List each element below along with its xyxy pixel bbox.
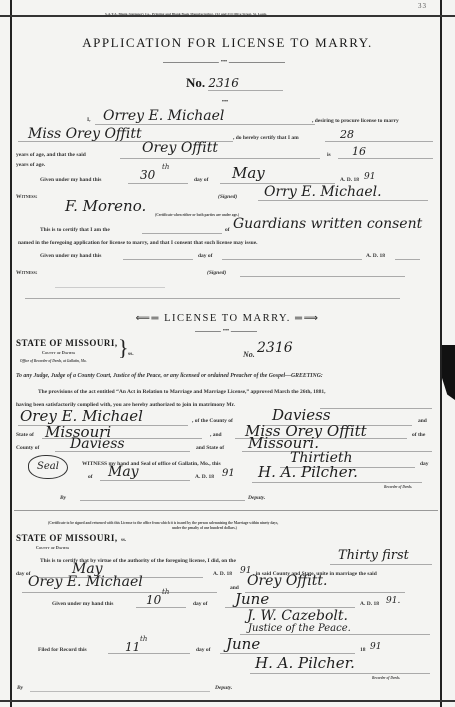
bride-age: 16 — [352, 145, 366, 158]
i-label: I, — [87, 117, 91, 123]
page-border-bottom — [0, 700, 455, 702]
certificate-note: (Certificate when either or both parties… — [155, 213, 239, 217]
consent-of-label: of — [225, 227, 230, 233]
applicant-age: 28 — [340, 128, 354, 141]
desiring-text: , desiring to procure license to marry — [312, 118, 399, 124]
consent-text-2: named in the foregoing application for l… — [18, 240, 258, 246]
field-line — [100, 480, 190, 481]
certify-day: Thirty first — [338, 548, 409, 563]
certificate-given-ad: A. D. 18 — [360, 601, 379, 607]
application-number: No. 2316 — [186, 75, 239, 91]
consent-witness-label: Witness: — [16, 270, 38, 276]
greeting-text: To any Judge, Judge of a County Court, J… — [16, 373, 323, 379]
of-label: of — [88, 474, 93, 480]
filed-month: June — [226, 635, 260, 653]
license-number-value: 2316 — [257, 340, 293, 356]
page-border-left — [10, 0, 12, 707]
ornament-left-icon: ⟸═ — [136, 313, 160, 324]
county-of-label: County of — [16, 445, 39, 451]
certificate-county-label: County of Daviess — [36, 545, 69, 550]
consent-day-of: day of — [198, 253, 213, 259]
field-line — [240, 634, 430, 635]
certificate-ad-label: A. D. 18 — [213, 571, 232, 577]
applicant-name: Orrey E. Michael — [103, 108, 224, 124]
filed-day-of: day of — [196, 647, 211, 653]
ss-label: ss. — [128, 351, 134, 357]
given-day: 30 — [140, 168, 155, 182]
field-line — [258, 200, 428, 201]
filing-recorder-title: Recorder of Deeds. — [372, 676, 400, 680]
filed-label: Filed for Record this — [38, 647, 87, 653]
field-line — [120, 158, 320, 159]
recorder-title: Recorder of Deeds. — [384, 485, 412, 489]
field-line — [123, 259, 193, 260]
filed-year: 91 — [370, 642, 381, 652]
officiant-title: Justice of the Peace. — [248, 623, 351, 634]
field-line — [338, 158, 433, 159]
field-line — [252, 482, 422, 483]
filing-deputy-label: Deputy. — [215, 685, 232, 691]
certificate-given-day-of: day of — [193, 601, 208, 607]
by-label: By — [60, 495, 66, 501]
license-ad-label: A. D. 18 — [195, 474, 214, 480]
certificate-note-2: under the penalty of one hundred dollars… — [172, 526, 237, 530]
title-ornament-rule: ••• — [163, 62, 285, 63]
county-label: County of Daviess — [42, 350, 75, 355]
printer-imprint: S.A.T.A. Blank-Stationery Co., Printing … — [105, 12, 267, 16]
consent-ad: A. D. 18 — [366, 253, 385, 259]
field-line — [222, 259, 362, 260]
given-day-suffix: th — [162, 163, 169, 171]
ornament-right-icon: ═⟹ — [295, 313, 319, 324]
field-line — [395, 259, 420, 260]
state-heading: STATE OF MISSOURI, — [16, 338, 118, 348]
license-witness-text: WITNESS my hand and Seal of office of Ga… — [82, 461, 221, 467]
field-line — [80, 500, 245, 501]
license-number-label: No. — [243, 350, 255, 359]
ornament-icon: ••• — [221, 328, 231, 334]
and-miss-label: , and — [210, 432, 222, 438]
field-line — [22, 592, 217, 593]
application-title: APPLICATION FOR LICENSE TO MARRY. — [0, 35, 455, 51]
certificate-given-day-suffix: th — [162, 588, 169, 596]
license-title: ⟸═ LICENSE TO MARRY. ═⟹ — [0, 313, 455, 324]
filed-year-prefix: 18 — [360, 647, 366, 653]
field-line — [108, 653, 190, 654]
certificate-bride-name: Orey Offitt. — [247, 573, 327, 589]
ornament-icon: ••• — [219, 59, 229, 65]
section-divider — [25, 298, 400, 299]
page-border-right — [440, 0, 442, 707]
day-of-label: day of — [194, 177, 209, 183]
and-label: and — [418, 418, 427, 424]
bride-name: Miss Orey Offitt — [28, 126, 142, 142]
ornament-divider: ••• — [205, 102, 245, 103]
ornament-icon: ••• — [220, 99, 230, 105]
field-line — [320, 408, 432, 409]
signed-name: Orry E. Michael. — [264, 184, 382, 200]
bride-name-short: Orey Offitt — [142, 140, 218, 156]
number-value: 2316 — [208, 76, 239, 90]
field-line — [55, 287, 165, 288]
recorder-signature: H. A. Pilcher. — [258, 463, 358, 481]
state-of-label: State of — [16, 432, 34, 438]
filed-day-suffix: th — [140, 635, 147, 643]
signed-label: (Signed) — [218, 194, 237, 200]
witness-label: Witness: — [16, 194, 38, 200]
consent-given-label: Given under my hand this — [40, 253, 101, 259]
consent-signed-label: (Signed) — [207, 270, 226, 276]
years-text: years of age, and that the said — [16, 152, 86, 158]
field-line — [325, 141, 433, 142]
certificate-note-1: (Certificate to be signed and returned w… — [48, 521, 278, 525]
certificate-groom-name: Orey E. Michael — [28, 574, 143, 590]
page-number-mark: 33 — [418, 2, 427, 10]
witness-year: 91 — [222, 468, 235, 479]
consent-value: Guardians written consent — [233, 216, 422, 232]
binding-tab — [442, 345, 455, 400]
deputy-label: Deputy. — [248, 495, 265, 501]
brace-icon: } — [118, 337, 129, 359]
given-year: 91 — [364, 172, 375, 182]
field-line — [330, 564, 432, 565]
field-line — [250, 673, 430, 674]
of-county-label: , of the County of — [192, 418, 233, 424]
certificate-ss-label: ss. — [121, 538, 126, 543]
certificate-given-month: June — [235, 590, 269, 608]
field-line — [55, 451, 190, 452]
seal-stamp: Seal — [28, 455, 68, 479]
field-line — [128, 183, 188, 184]
field-line — [142, 233, 222, 234]
certificate-given-day: 10 — [146, 593, 161, 607]
seal-label: Seal — [37, 461, 59, 472]
years-text-2: years of age. — [16, 162, 45, 168]
witness-name: F. Moreno. — [65, 197, 146, 215]
and-state-label: and State of — [196, 445, 224, 451]
certify-text: This is to certify that by virtue of the… — [40, 558, 236, 564]
certificate-given-year: 91. — [386, 596, 400, 606]
given-label: Given under my hand this — [40, 177, 101, 183]
field-line — [30, 691, 210, 692]
field-line — [240, 276, 405, 277]
license-title-text: LICENSE TO MARRY. — [164, 313, 291, 324]
bride-county: Daviess — [70, 436, 125, 452]
day-label: day — [420, 461, 429, 467]
certificate-given-label: Given under my hand this — [52, 601, 113, 607]
given-month: May — [232, 164, 265, 182]
witness-month: May — [108, 464, 139, 480]
field-line — [95, 124, 315, 125]
ad-label: A. D. 18 — [340, 177, 359, 183]
office-label: Office of Recorder of Deeds, at Gallatin… — [20, 359, 87, 363]
certificate-state-heading: STATE OF MISSOURI, — [16, 533, 118, 543]
filing-by-label: By — [17, 685, 23, 691]
certify-text: , do hereby certify that I am — [233, 135, 299, 141]
number-underline — [208, 90, 283, 91]
provisions-text: The provisions of the act entitled “An A… — [38, 389, 326, 395]
filing-recorder-signature: H. A. Pilcher. — [255, 654, 355, 672]
section-divider — [14, 510, 438, 511]
filed-day: 11 — [125, 640, 140, 654]
of-the-label: of the — [412, 432, 425, 438]
consent-text: This is to certify that I am the — [40, 227, 110, 233]
number-label: No. — [186, 75, 205, 90]
officiant-signature: J. W. Cazebolt. — [247, 608, 348, 624]
field-line — [136, 607, 186, 608]
is-text: is — [327, 152, 331, 158]
ornament-divider: ••• — [195, 331, 257, 332]
